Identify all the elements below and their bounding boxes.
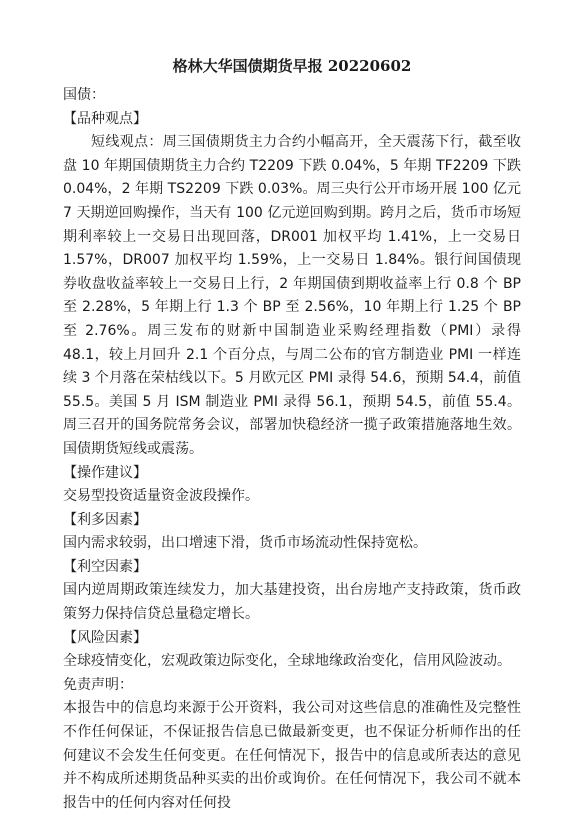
section-heading-bearish-factors: 【利空因素】 bbox=[63, 556, 521, 580]
section-heading-operation-advice: 【操作建议】 bbox=[63, 462, 521, 486]
section-heading-risk-factors: 【风险因素】 bbox=[63, 627, 521, 651]
disclaimer-label: 免责声明： bbox=[63, 674, 521, 698]
disclaimer-text: 本报告中的信息均来源于公开资料，我公司对这些信息的准确性及完整性不作任何保证，不… bbox=[63, 697, 521, 815]
section-body-operation-advice: 交易型投资适量资金波段操作。 bbox=[63, 485, 521, 509]
report-title: 格林大华国债期货早报 20220602 bbox=[63, 54, 521, 78]
report-page: 格林大华国债期货早报 20220602 国债： 【品种观点】 短线观点：周三国债… bbox=[0, 0, 584, 833]
section-heading-variety-view: 【品种观点】 bbox=[63, 108, 521, 132]
section-body-bearish-factors: 国内逆周期政策连续发力，加大基建投资，出台房地产支持政策，货币政策努力保持信贷总… bbox=[63, 579, 521, 626]
section-body-risk-factors: 全球疫情变化，宏观政策边际变化，全球地缘政治变化，信用风险波动。 bbox=[63, 650, 521, 674]
section-body-variety-view: 短线观点：周三国债期货主力合约小幅高开，全天震荡下行，截至收盘 10 年期国债期… bbox=[63, 131, 521, 461]
section-heading-bullish-factors: 【利多因素】 bbox=[63, 509, 521, 533]
instrument-label: 国债： bbox=[63, 84, 521, 108]
section-body-bullish-factors: 国内需求较弱，出口增速下滑，货币市场流动性保持宽松。 bbox=[63, 532, 521, 556]
